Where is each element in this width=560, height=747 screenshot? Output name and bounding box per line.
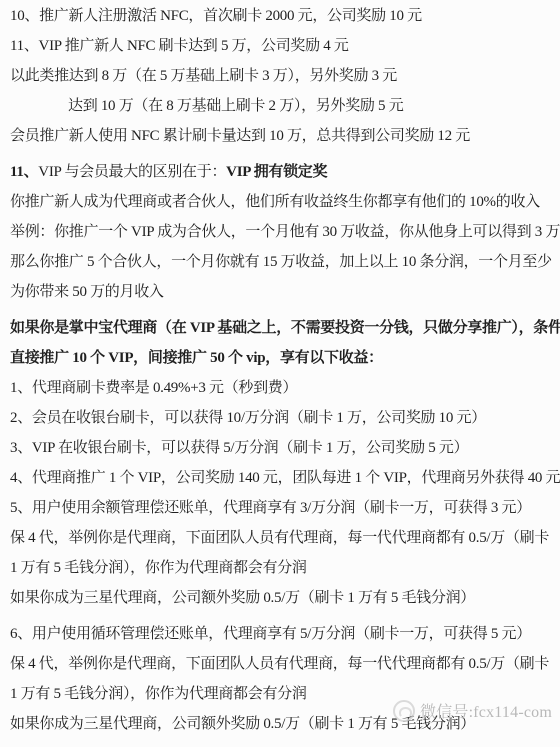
text-segment: 11、VIP 推广新人 NFC 刷卡达到 5 万，公司奖励 4 元 (10, 38, 349, 54)
text-segment: 6、用户使用循环管理偿还账单，代理商享有 5/万分润（刷卡一万，可获得 5 元） (10, 626, 531, 642)
text-segment: 以此类推达到 8 万（在 5 万基础上刷卡 3 万），另外奖励 3 元 (10, 68, 397, 84)
text-segment: 为你带来 50 万的月收入 (10, 284, 164, 300)
text-line: 11、VIP 与会员最大的区别在于：VIP 拥有锁定奖 (10, 157, 558, 187)
text-line: 举例：你推广一个 VIP 成为合伙人，一个月他有 30 万收益，你从他身上可以得… (10, 217, 558, 247)
bold-text-segment: 直接推广 10 个 VIP，间接推广 50 个 vip，享有以下收益： (10, 350, 383, 366)
text-segment: 3、VIP 在收银台刷卡，可以获得 5/万分润（刷卡 1 万，公司奖励 5 元） (10, 440, 468, 456)
document-body: 10、推广新人注册激活 NFC，首次刷卡 2000 元，公司奖励 10 元11、… (10, 1, 558, 739)
text-line: 11、VIP 推广新人 NFC 刷卡达到 5 万，公司奖励 4 元 (10, 31, 558, 61)
text-line: 会员推广新人使用 NFC 累计刷卡量达到 10 万，总共得到公司奖励 12 元 (10, 121, 558, 151)
text-line: 1 万有 5 毛钱分润），你作为代理商都会有分润 (10, 679, 558, 709)
text-line: 1、代理商刷卡费率是 0.49%+3 元（秒到费） (10, 373, 558, 403)
text-line: 4、代理商推广 1 个 VIP，公司奖励 140 元，团队每进 1 个 VIP，… (10, 463, 558, 493)
text-line: 达到 10 万（在 8 万基础上刷卡 2 万），另外奖励 5 元 (10, 91, 558, 121)
text-line: 以此类推达到 8 万（在 5 万基础上刷卡 3 万），另外奖励 3 元 (10, 61, 558, 91)
text-line: 6、用户使用循环管理偿还账单，代理商享有 5/万分润（刷卡一万，可获得 5 元） (10, 619, 558, 649)
text-segment: 保 4 代，举例你是代理商，下面团队人员有代理商，每一代代理商都有 0.5/万（… (10, 656, 549, 672)
text-segment: 1 万有 5 毛钱分润），你作为代理商都会有分润 (10, 560, 307, 576)
text-segment: 达到 10 万（在 8 万基础上刷卡 2 万），另外奖励 5 元 (68, 98, 403, 114)
text-line: 3、VIP 在收银台刷卡，可以获得 5/万分润（刷卡 1 万，公司奖励 5 元） (10, 433, 558, 463)
text-line: 如果你是掌中宝代理商（在 VIP 基础之上，不需要投资一分钱，只做分享推广），条… (10, 313, 558, 343)
text-line: 为你带来 50 万的月收入 (10, 277, 558, 307)
text-line: 保 4 代，举例你是代理商，下面团队人员有代理商，每一代代理商都有 0.5/万（… (10, 649, 558, 679)
text-segment: 如果你成为三星代理商，公司额外奖励 0.5/万（刷卡 1 万有 5 毛钱分润） (10, 716, 475, 732)
text-segment: 1 万有 5 毛钱分润），你作为代理商都会有分润 (10, 686, 307, 702)
text-segment: 会员推广新人使用 NFC 累计刷卡量达到 10 万，总共得到公司奖励 12 元 (10, 128, 470, 144)
text-line: 如果你成为三星代理商，公司额外奖励 0.5/万（刷卡 1 万有 5 毛钱分润） (10, 709, 558, 739)
text-segment: 那么你推广 5 个合伙人，一个月你就有 15 万收益，加上以上 10 条分润，一… (10, 254, 552, 270)
text-segment: 你推广新人成为代理商或者合伙人，他们所有收益终生你都享有他们的 10%的收入 (10, 194, 540, 210)
bold-text-segment: VIP 拥有锁定奖 (226, 164, 327, 180)
bold-text-segment: 11、 (10, 164, 38, 180)
text-line: 你推广新人成为代理商或者合伙人，他们所有收益终生你都享有他们的 10%的收入 (10, 187, 558, 217)
text-segment: 举例：你推广一个 VIP 成为合伙人，一个月他有 30 万收益，你从他身上可以得… (10, 224, 560, 240)
text-segment: 保 4 代，举例你是代理商，下面团队人员有代理商，每一代代理商都有 0.5/万（… (10, 530, 549, 546)
text-line: 1 万有 5 毛钱分润），你作为代理商都会有分润 (10, 553, 558, 583)
text-line: 那么你推广 5 个合伙人，一个月你就有 15 万收益，加上以上 10 条分润，一… (10, 247, 558, 277)
text-line: 如果你成为三星代理商，公司额外奖励 0.5/万（刷卡 1 万有 5 毛钱分润） (10, 583, 558, 613)
text-segment: 10、推广新人注册激活 NFC，首次刷卡 2000 元，公司奖励 10 元 (10, 8, 422, 24)
text-line: 10、推广新人注册激活 NFC，首次刷卡 2000 元，公司奖励 10 元 (10, 1, 558, 31)
text-segment: 2、会员在收银台刷卡，可以获得 10/万分润（刷卡 1 万，公司奖励 10 元） (10, 410, 486, 426)
text-segment: 5、用户使用余额管理偿还账单，代理商享有 3/万分润（刷卡一万，可获得 3 元） (10, 500, 531, 516)
text-segment: 1、代理商刷卡费率是 0.49%+3 元（秒到费） (10, 380, 297, 396)
text-line: 5、用户使用余额管理偿还账单，代理商享有 3/万分润（刷卡一万，可获得 3 元） (10, 493, 558, 523)
text-segment: 4、代理商推广 1 个 VIP，公司奖励 140 元，团队每进 1 个 VIP，… (10, 470, 560, 486)
text-line: 保 4 代，举例你是代理商，下面团队人员有代理商，每一代代理商都有 0.5/万（… (10, 523, 558, 553)
text-segment: 如果你成为三星代理商，公司额外奖励 0.5/万（刷卡 1 万有 5 毛钱分润） (10, 590, 475, 606)
text-segment: VIP 与会员最大的区别在于： (38, 164, 226, 180)
text-line: 直接推广 10 个 VIP，间接推广 50 个 vip，享有以下收益： (10, 343, 558, 373)
bold-text-segment: 如果你是掌中宝代理商（在 VIP 基础之上，不需要投资一分钱，只做分享推广），条… (10, 320, 560, 336)
text-line: 2、会员在收银台刷卡，可以获得 10/万分润（刷卡 1 万，公司奖励 10 元） (10, 403, 558, 433)
